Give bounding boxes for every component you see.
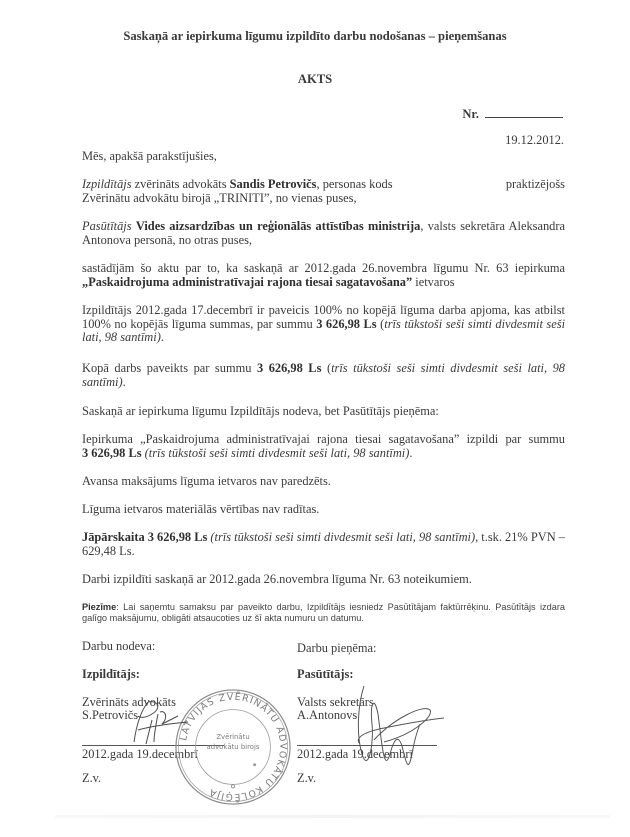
purchase-line-1: Iepirkuma „Paskaidrojuma administratīvaj… (82, 433, 565, 447)
stamp-inner-line-2: advokātu birojs (207, 743, 260, 751)
accepted-caption: Darbu pieņēma: (297, 642, 376, 656)
payable-vat: , t.sk. 21% PVN – (475, 530, 565, 544)
intro-paragraph: Mēs, apakšā parakstījušies, (82, 150, 565, 164)
total-prefix: Kopā darbs paveikts par summu (82, 361, 257, 375)
document-title: Saskaņā ar iepirkuma līgumu izpildīto da… (0, 30, 630, 44)
client-handwritten-signature-icon (334, 684, 454, 784)
compose-line-1: sastādījām šo aktu par to, ka saskaņā ar… (82, 262, 565, 276)
executor-sign-role: Izpildītājs: (82, 668, 224, 682)
document-heading: AKTS (0, 73, 630, 87)
stamp-inner-line-1: Zvērinātu (216, 733, 249, 741)
executor-line-2: Zvērinātu advokātu birojā „TRINITI”, no … (82, 192, 565, 206)
purchase-end: . (409, 446, 412, 460)
project-name: „Paskaidrojuma administratīvajai rajona … (82, 275, 412, 289)
scan-artifact (55, 815, 610, 818)
executor-text: zvērināts advokāts (132, 177, 230, 191)
payable-amount-words: (trīs tūkstoši seši simti divdesmit seši… (207, 530, 475, 544)
total-amount-words-b: santīmi) (82, 375, 123, 389)
compose-tail: ietvaros (412, 275, 454, 289)
purchase-amount-words: (trīs tūkstoši seši simti divdesmit seši… (142, 446, 410, 460)
executor-role: Izpildītājs (82, 177, 132, 191)
note-label: Piezīme (82, 602, 116, 612)
act-number-blank (485, 106, 563, 118)
payable-paragraph: Jāpārskaita 3 626,98 Ls (trīs tūkstoši s… (82, 531, 565, 558)
progress-amount-words-a: trīs tūkstoši seši simti divdesmit seši (384, 317, 565, 331)
executor-paragraph: Izpildītājs zvērināts advokāts Sandis Pe… (82, 178, 565, 205)
total-amount: 3 626,98 Ls (257, 361, 321, 375)
total-end: . (123, 375, 126, 389)
client-paragraph: Pasūtītājs Vides aizsardzības un reģionā… (82, 220, 565, 247)
purchase-amount: 3 626,98 Ls (82, 446, 142, 460)
act-number-label: Nr. (462, 107, 479, 121)
client-representative: , valsts sekretāra Aleksandra (420, 219, 565, 233)
executor-handwritten-signature-icon (118, 698, 198, 746)
progress-end: . (161, 330, 164, 344)
progress-amount: 3 626,98 Ls (316, 317, 376, 331)
total-paren: ( (321, 361, 331, 375)
executor-name: Sandis Petrovičs (230, 177, 317, 191)
progress-paragraph: Izpildītājs 2012.gada 17.decembrī ir pav… (82, 304, 565, 345)
compose-paragraph: sastādījām šo aktu par to, ka saskaņā ar… (82, 262, 565, 289)
handover-intro: Saskaņā ar iepirkuma līgumu Izpildītājs … (82, 405, 565, 419)
purchase-paragraph: Iepirkuma „Paskaidrojuma administratīvaj… (82, 433, 565, 460)
note-paragraph: Piezīme: Lai saņemtu samaksu par paveikt… (82, 602, 565, 624)
handed-over-caption: Darbu nodeva: (82, 640, 155, 654)
executor-practicing: praktizējošs (506, 178, 565, 192)
document-page: Saskaņā ar iepirkuma līgumu izpildīto da… (0, 0, 630, 837)
executor-id-label: , personas kods (317, 177, 393, 191)
materials-statement: Līguma ietvaros materiālās vērtības nav … (82, 503, 565, 517)
client-role: Pasūtītājs (82, 219, 132, 233)
client-org: Vides aizsardzības un reģionālās attīstī… (136, 219, 420, 233)
compliance-statement: Darbi izpildīti saskaņā ar 2012.gada 26.… (82, 573, 565, 587)
progress-line-1: Izpildītājs 2012.gada 17.decembrī ir pav… (82, 304, 565, 318)
progress-amount-words-b: lati, 98 santīmi) (82, 330, 161, 344)
total-paragraph: Kopā darbs paveikts par summu 3 626,98 L… (82, 362, 565, 389)
client-line-2: Antonova personā, no otras puses, (82, 234, 565, 248)
payable-vat-amount: 629,48 Ls. (82, 545, 565, 559)
client-sign-role: Pasūtītājs: (297, 668, 437, 682)
advance-statement: Avansa maksājums līguma ietvaros nav par… (82, 475, 565, 489)
total-amount-words-a: trīs tūkstoši seši simti divdesmit seši … (331, 361, 565, 375)
payable-label: Jāpārskaita 3 626,98 Ls (82, 530, 207, 544)
act-number: Nr. (462, 106, 563, 122)
document-date: 19.12.2012. (505, 134, 564, 148)
note-text: : Lai saņemtu samaksu par paveikto darbu… (82, 602, 565, 623)
progress-line-2: 100% no kopējās līguma summas, par summu (82, 317, 316, 331)
